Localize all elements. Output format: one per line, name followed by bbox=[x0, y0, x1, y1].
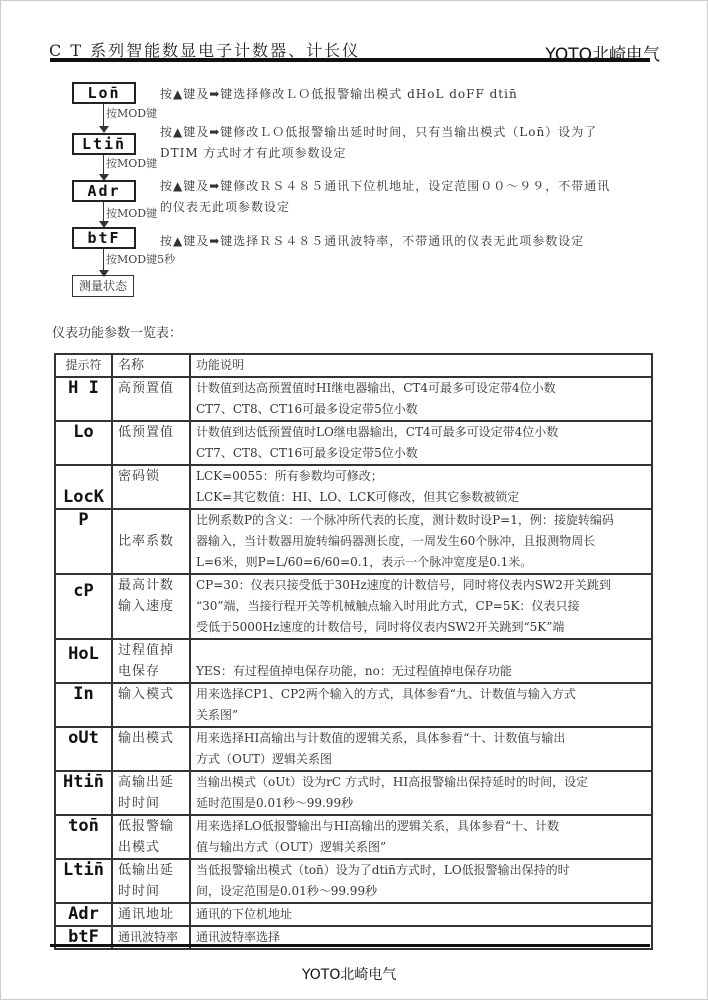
symbol-cell: P bbox=[55, 509, 112, 574]
desc-cell: LCK=0055：所有参数均可修改；LCK=其它数值：HI、LO、LCK可修改，… bbox=[190, 465, 652, 509]
symbol-cell: LocK bbox=[55, 465, 112, 509]
desc-line: 按▲键及➡键选择ＲＳ４８５通讯波特率，不带通讯的仪表无此项参数设定 bbox=[160, 231, 630, 252]
flow-key-label: 按MOD键 bbox=[106, 205, 157, 221]
table-row: oUt 输出模式 用来选择HI高输出与计数值的逻辑关系，具体参看“十、计数值与输… bbox=[55, 727, 652, 771]
table-row: HoL 过程值掉电保存 YES：有过程值掉电保存功能，no：无过程值掉电保存功能 bbox=[55, 639, 652, 683]
table-header-row: 提示符 名称 功能说明 bbox=[55, 354, 652, 377]
symbol-cell: cP bbox=[55, 574, 112, 639]
desc-line: 比例系数P的含义：一个脉冲所代表的长度，测计数时设P=1，例：接旋转编码 bbox=[196, 510, 646, 531]
desc-line: 延时范围是0.01秒～99.99秒 bbox=[196, 793, 646, 814]
desc-line: CT7、CT8、CT16可最多设定带5位小数 bbox=[196, 443, 646, 464]
flow-box-ltim: Ltin̄ bbox=[72, 133, 136, 155]
desc-line: 按▲键及➡键选择修改ＬＯ低报警输出模式 dHoL doFF dtin̄ bbox=[160, 84, 630, 105]
name-cell: 低预置值 bbox=[112, 421, 190, 465]
desc-line: 用来选择HI高输出与计数值的逻辑关系，具体参看“十、计数值与输出 bbox=[196, 728, 646, 749]
brand-footer: YOTO北崎电气 bbox=[302, 964, 396, 984]
desc-line: 当输出模式（oUt）设为rC 方式时，HI高报警输出保持延时的时间，设定 bbox=[196, 772, 646, 793]
desc-line: 用来选择CP1、CP2两个输入的方式，具体参看“九、计数值与输入方式 bbox=[196, 684, 646, 705]
flow-key-label: 按MOD键5秒 bbox=[106, 251, 175, 267]
desc-line: LCK=其它数值：HI、LO、LCK可修改，但其它参数被锁定 bbox=[196, 487, 646, 508]
table-row: Lo 低预置值 计数值到达低预置值时LO继电器输出，CT4可最多可设定带4位小数… bbox=[55, 421, 652, 465]
name-cell: 高预置值 bbox=[112, 377, 190, 421]
name-cell: 输入模式 bbox=[112, 683, 190, 727]
symbol-cell: Ltin̄ bbox=[55, 859, 112, 903]
desc-line: “30”端，当接行程开关等机械触点输入时用此方式，CP=5K：仪表只接 bbox=[196, 596, 646, 617]
flow-desc-lon: 按▲键及➡键选择修改ＬＯ低报警输出模式 dHoL doFF dtin̄ bbox=[160, 84, 630, 105]
desc-line: CT7、CT8、CT16可最多设定带5位小数 bbox=[196, 399, 646, 420]
desc-line: 按▲键及➡键修改ＲＳ４８５通讯下位机地址，设定范围００～９９，不带通讯 bbox=[160, 176, 630, 197]
desc-cell: 用来选择CP1、CP2两个输入的方式，具体参看“九、计数值与输入方式关系图” bbox=[190, 683, 652, 727]
flow-connector bbox=[103, 104, 104, 128]
table-row: P 比率系数 比例系数P的含义：一个脉冲所代表的长度，测计数时设P=1，例：接旋… bbox=[55, 509, 652, 574]
header-symbol: 提示符 bbox=[55, 354, 112, 377]
desc-line: CP=30：仪表只接受低于30Hz速度的计数信号，同时将仪表内SW2开关跳到 bbox=[196, 575, 646, 596]
name-cell: 通讯地址 bbox=[112, 903, 190, 926]
symbol-cell: Adr bbox=[55, 903, 112, 926]
desc-line: YES：有过程值掉电保存功能，no：无过程值掉电保存功能 bbox=[196, 661, 646, 682]
desc-line: L=6米，则P=L/60=6/60=0.1，表示一个脉冲宽度是0.1米。 bbox=[196, 552, 646, 573]
symbol-cell: oUt bbox=[55, 727, 112, 771]
table-row: H I 高预置值 计数值到达高预置值时HI继电器输出，CT4可最多可设定带4位小… bbox=[55, 377, 652, 421]
desc-cell: 用来选择LO低报警输出与HI高输出的逻辑关系，具体参看“十、计数值与输出方式（O… bbox=[190, 815, 652, 859]
symbol-cell: ton̄ bbox=[55, 815, 112, 859]
desc-cell: 计数值到达低预置值时LO继电器输出，CT4可最多可设定带4位小数CT7、CT8、… bbox=[190, 421, 652, 465]
desc-cell: YES：有过程值掉电保存功能，no：无过程值掉电保存功能 bbox=[190, 639, 652, 683]
desc-line: 计数值到达低预置值时LO继电器输出，CT4可最多可设定带4位小数 bbox=[196, 422, 646, 443]
symbol-cell: In bbox=[55, 683, 112, 727]
desc-line: 通讯的下位机地址 bbox=[196, 904, 646, 925]
flow-key-label: 按MOD键 bbox=[106, 155, 157, 171]
flow-key-label: 按MOD键 bbox=[106, 105, 157, 121]
desc-line: 间，设定范围是0.01秒～99.99秒 bbox=[196, 881, 646, 902]
name-cell: 输出模式 bbox=[112, 727, 190, 771]
desc-line: 当低报警输出模式（ton̄）设为了dtin̄方式时，LO低报警输出保持的时 bbox=[196, 860, 646, 881]
arrow-down-icon bbox=[99, 126, 109, 133]
flow-desc-ltim: 按▲键及➡键修改ＬＯ低报警输出延时时间，只有当输出模式（Lon̄）设为了 DTI… bbox=[160, 122, 630, 164]
name-cell: 过程值掉电保存 bbox=[112, 639, 190, 683]
desc-line: 值与输出方式（OUT）逻辑关系图” bbox=[196, 837, 646, 858]
flow-desc-btf: 按▲键及➡键选择ＲＳ４８５通讯波特率，不带通讯的仪表无此项参数设定 bbox=[160, 231, 630, 252]
desc-line: 器输入，当计数器用旋转编码器测长度，一周发生60个脉冲，且报测物周长 bbox=[196, 531, 646, 552]
header-rule bbox=[50, 58, 650, 62]
symbol-cell: H I bbox=[55, 377, 112, 421]
name-cell: 高输出延时时间 bbox=[112, 771, 190, 815]
section-title: 仪表功能参数一览表： bbox=[52, 322, 182, 341]
symbol-cell: Htin̄ bbox=[55, 771, 112, 815]
desc-line: 的仪表无此项参数设定 bbox=[160, 197, 630, 218]
footer-rule bbox=[50, 944, 650, 947]
desc-line: LCK=0055：所有参数均可修改； bbox=[196, 466, 646, 487]
desc-line: 计数值到达高预置值时HI继电器输出，CT4可最多可设定带4位小数 bbox=[196, 378, 646, 399]
desc-line bbox=[196, 640, 646, 661]
flow-box-lon: Lon̄ bbox=[72, 82, 136, 104]
desc-cell: 当输出模式（oUt）设为rC 方式时，HI高报警输出保持延时的时间，设定延时范围… bbox=[190, 771, 652, 815]
desc-cell: 通讯的下位机地址 bbox=[190, 903, 652, 926]
name-cell: 最高计数输入速度 bbox=[112, 574, 190, 639]
header-desc: 功能说明 bbox=[190, 354, 652, 377]
name-cell: 比率系数 bbox=[112, 509, 190, 574]
desc-line: 关系图” bbox=[196, 705, 646, 726]
table-row: LocK 密码锁 LCK=0055：所有参数均可修改；LCK=其它数值：HI、L… bbox=[55, 465, 652, 509]
desc-cell: 计数值到达高预置值时HI继电器输出，CT4可最多可设定带4位小数CT7、CT8、… bbox=[190, 377, 652, 421]
desc-line: 按▲键及➡键修改ＬＯ低报警输出延时时间，只有当输出模式（Lon̄）设为了 bbox=[160, 122, 630, 143]
name-cell: 低报警输出模式 bbox=[112, 815, 190, 859]
flow-box-adr: Adr bbox=[72, 180, 136, 202]
name-cell: 密码锁 bbox=[112, 465, 190, 509]
symbol-cell: Lo bbox=[55, 421, 112, 465]
desc-line: 受低于5000Hz速度的计数信号，同时将仪表内SW2开关跳到“5K”端 bbox=[196, 617, 646, 638]
table-row: ton̄ 低报警输出模式 用来选择LO低报警输出与HI高输出的逻辑关系，具体参看… bbox=[55, 815, 652, 859]
desc-cell: 用来选择HI高输出与计数值的逻辑关系，具体参看“十、计数值与输出方式（OUT）逻… bbox=[190, 727, 652, 771]
header-name: 名称 bbox=[112, 354, 190, 377]
desc-cell: 当低报警输出模式（ton̄）设为了dtin̄方式时，LO低报警输出保持的时间，设… bbox=[190, 859, 652, 903]
desc-line: 方式（OUT）逻辑关系图 bbox=[196, 749, 646, 770]
name-cell: 低输出延时时间 bbox=[112, 859, 190, 903]
symbol-cell: HoL bbox=[55, 639, 112, 683]
desc-line: DTIM 方式时才有此项参数设定 bbox=[160, 143, 630, 164]
parameter-table: 提示符 名称 功能说明 H I 高预置值 计数值到达高预置值时HI继电器输出，C… bbox=[54, 353, 653, 950]
table-row: Htin̄ 高输出延时时间 当输出模式（oUt）设为rC 方式时，HI高报警输出… bbox=[55, 771, 652, 815]
table-row: Adr 通讯地址 通讯的下位机地址 bbox=[55, 903, 652, 926]
flow-final-state: 测量状态 bbox=[72, 275, 134, 297]
desc-cell: CP=30：仪表只接受低于30Hz速度的计数信号，同时将仪表内SW2开关跳到“3… bbox=[190, 574, 652, 639]
table-row: In 输入模式 用来选择CP1、CP2两个输入的方式，具体参看“九、计数值与输入… bbox=[55, 683, 652, 727]
flow-box-btf: btF bbox=[72, 227, 136, 249]
flow-desc-adr: 按▲键及➡键修改ＲＳ４８５通讯下位机地址，设定范围００～９９，不带通讯 的仪表无… bbox=[160, 176, 630, 218]
desc-cell: 比例系数P的含义：一个脉冲所代表的长度，测计数时设P=1，例：接旋转编码器输入，… bbox=[190, 509, 652, 574]
desc-line: 用来选择LO低报警输出与HI高输出的逻辑关系，具体参看“十、计数 bbox=[196, 816, 646, 837]
table-row: Ltin̄ 低输出延时时间 当低报警输出模式（ton̄）设为了dtin̄方式时，… bbox=[55, 859, 652, 903]
table-row: cP 最高计数输入速度 CP=30：仪表只接受低于30Hz速度的计数信号，同时将… bbox=[55, 574, 652, 639]
